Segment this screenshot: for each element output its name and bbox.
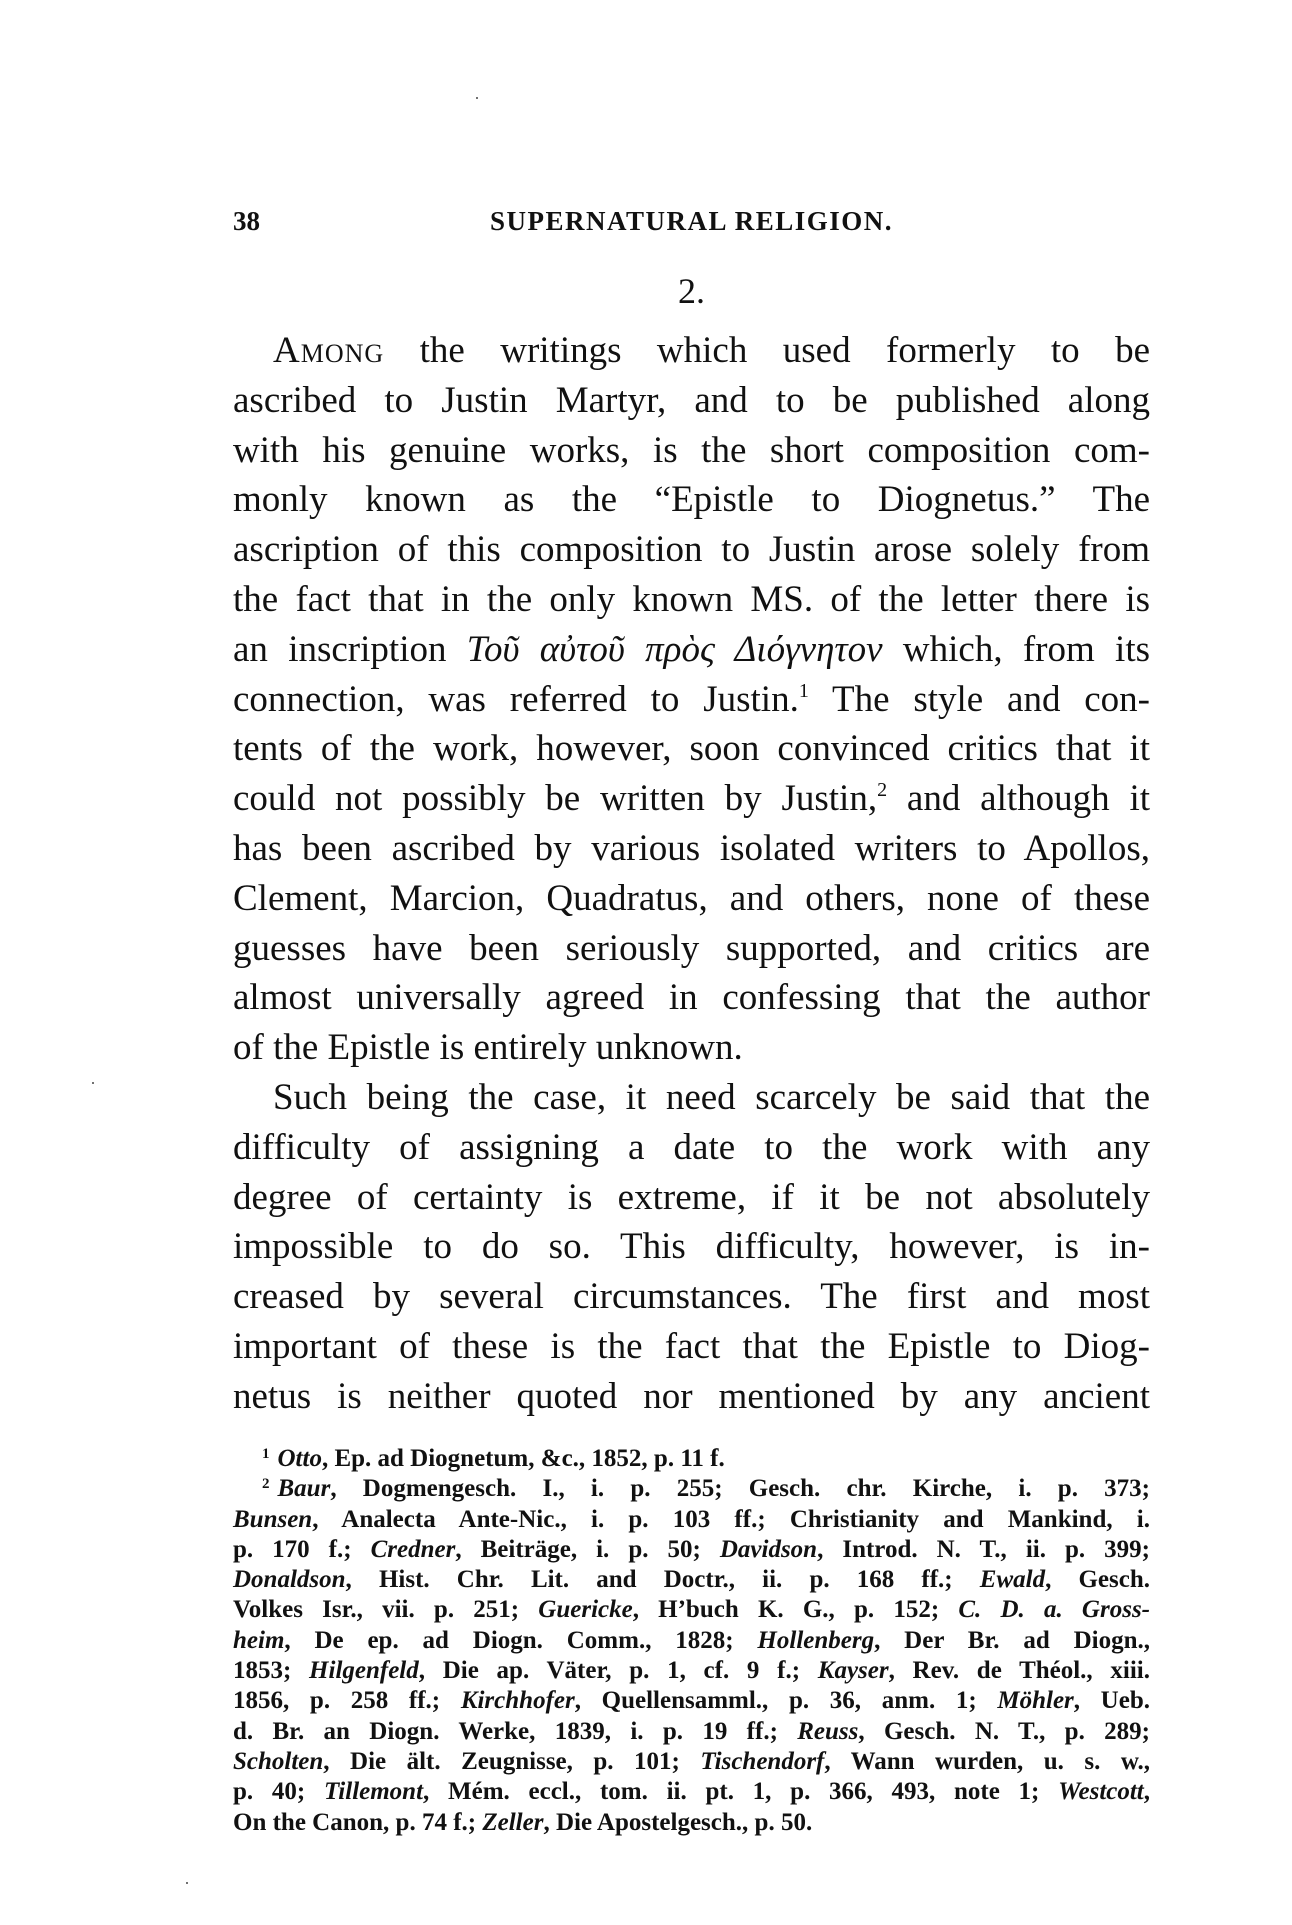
paragraph-2-line: degree of certainty is extreme, if it be…: [233, 1173, 1150, 1223]
citation-text: , Hist. Chr. Lit. and Doctr., ii. p. 168…: [346, 1566, 980, 1593]
paragraph-1-line: almost universally agreed in confessing …: [233, 973, 1150, 1023]
footnote-1-line: 1Otto, Ep. ad Diognetum, &c., 1852, p. 1…: [233, 1444, 1150, 1474]
citation-text: , Gesch.: [1045, 1566, 1150, 1593]
citation-text: ,: [1144, 1778, 1150, 1805]
cited-author: Zeller: [482, 1809, 543, 1836]
cited-author: Scholten: [233, 1748, 323, 1775]
cited-author: Guericke: [538, 1596, 632, 1623]
footnote-2-line: Donaldson, Hist. Chr. Lit. and Doctr., i…: [233, 1565, 1150, 1595]
cited-author: Westcott: [1058, 1778, 1144, 1805]
paragraph-1-line: with his genuine works, is the short com…: [233, 426, 1150, 476]
cited-author: Baur: [278, 1475, 331, 1502]
scan-speck: [92, 1082, 94, 1084]
scan-speck: [476, 97, 478, 99]
greek-inscription: Toῦ αὐτοῦ πρὸς Διόγνητον: [467, 629, 883, 670]
footnote-2-line: d. Br. an Diogn. Werke, 1839, i. p. 19 f…: [233, 1717, 1150, 1747]
citation-text: , Gesch. N. T., p. 289;: [858, 1718, 1150, 1745]
scan-speck: [186, 1882, 188, 1884]
paragraph-1-line: of the Epistle is entirely unknown.: [233, 1023, 1150, 1073]
cited-author: Kayser: [818, 1657, 889, 1684]
footnote-2-line: heim, De ep. ad Diogn. Comm., 1828; Holl…: [233, 1626, 1150, 1656]
paragraph-2-line: netus is neither quoted nor mentioned by…: [233, 1372, 1150, 1422]
cited-author: Tillemont: [324, 1778, 423, 1805]
footnote-2-line: 1853; Hilgenfeld, Die ap. Väter, p. 1, c…: [233, 1656, 1150, 1686]
citation-text: 1853;: [233, 1657, 309, 1684]
cited-author: heim: [233, 1627, 284, 1654]
citation-text: p. 40;: [233, 1778, 324, 1805]
citation-text: , Der Br. ad Diogn.,: [874, 1627, 1150, 1654]
citation-text: , Die ält. Zeugnisse, p. 101;: [323, 1748, 700, 1775]
cited-author: Bunsen: [233, 1506, 312, 1533]
citation-text: p. 170 f.;: [233, 1536, 371, 1563]
section-number: 2.: [233, 270, 1150, 312]
lead-smallcaps-word: Among: [273, 330, 384, 371]
body-text: Among the writings which used formerly t…: [233, 326, 1150, 1422]
footnotes: 1Otto, Ep. ad Diognetum, &c., 1852, p. 1…: [233, 1444, 1150, 1838]
paragraph-2-line: difficulty of assigning a date to the wo…: [233, 1123, 1150, 1173]
paragraph-1-line: tents of the work, however, soon convinc…: [233, 724, 1150, 774]
running-title: SUPERNATURAL RELIGION.: [233, 206, 1150, 237]
footnote-ref-2[interactable]: 2: [877, 779, 887, 801]
footnote-2-line: On the Canon, p. 74 f.; Zeller, Die Apos…: [233, 1808, 1150, 1838]
paragraph-1-line: Clement, Marcion, Quadratus, and others,…: [233, 874, 1150, 924]
paragraph-1-line: Among the writings which used formerly t…: [233, 326, 1150, 376]
cited-author: Tischendorf: [700, 1748, 824, 1775]
cited-author: Otto: [278, 1445, 322, 1472]
citation-text: , Beiträge, i. p. 50;: [455, 1536, 720, 1563]
citation-text: , Quellensamml., p. 36, anm. 1;: [575, 1687, 998, 1714]
footnote-2-line: p. 40; Tillemont, Mém. eccl., tom. ii. p…: [233, 1777, 1150, 1807]
cited-author: Möhler: [997, 1687, 1073, 1714]
paragraph-2-line: important of these is the fact that the …: [233, 1322, 1150, 1372]
paragraph-1-line: the fact that in the only known MS. of t…: [233, 575, 1150, 625]
citation-text: , H’buch K. G., p. 152;: [633, 1596, 959, 1623]
footnote-2-line: 2Baur, Dogmengesch. I., i. p. 255; Gesch…: [233, 1474, 1150, 1504]
cited-author: Donaldson: [233, 1566, 346, 1593]
cited-author: Hilgenfeld: [309, 1657, 419, 1684]
paragraph-1-line: monly known as the “Epistle to Diognetus…: [233, 475, 1150, 525]
paragraph-1-line: ascription of this composition to Justin…: [233, 525, 1150, 575]
cited-author: Kirchhofer: [461, 1687, 575, 1714]
running-header: 38 SUPERNATURAL RELIGION.: [233, 206, 1150, 246]
footnote-2-line: Scholten, Die ält. Zeugnisse, p. 101; Ti…: [233, 1747, 1150, 1777]
cited-author: C. D. a. Gross-: [958, 1596, 1150, 1623]
citation-text: , Mém. eccl., tom. ii. pt. 1, p. 366, 49…: [423, 1778, 1058, 1805]
cited-author: Reuss: [797, 1718, 858, 1745]
cited-author: Davidson: [720, 1536, 817, 1563]
paragraph-2-line: creased by several circumstances. The fi…: [233, 1272, 1150, 1322]
paragraph-1-line: connection, was referred to Justin.1 The…: [233, 675, 1150, 725]
book-page: 38 SUPERNATURAL RELIGION. 2. Among the w…: [0, 0, 1292, 1925]
footnote-marker: 2: [262, 1476, 270, 1492]
citation-text: , Wann wurden, u. s. w.,: [824, 1748, 1150, 1775]
citation-text: , Ueb.: [1074, 1687, 1150, 1714]
paragraph-2-line: impossible to do so. This difficulty, ho…: [233, 1222, 1150, 1272]
citation-text: , Die ap. Väter, p. 1, cf. 9 f.;: [419, 1657, 818, 1684]
footnote-2-line: p. 170 f.; Credner, Beiträge, i. p. 50; …: [233, 1535, 1150, 1565]
citation-text: , Dogmengesch. I., i. p. 255; Gesch. chr…: [330, 1475, 1150, 1502]
paragraph-2-line: Such being the case, it need scarcely be…: [233, 1073, 1150, 1123]
citation-text: , Die Apostelgesch., p. 50.: [543, 1809, 812, 1836]
citation-text: , Introd. N. T., ii. p. 399;: [817, 1536, 1150, 1563]
paragraph-1-line: has been ascribed by various isolated wr…: [233, 824, 1150, 874]
citation-text: Volkes Isr., vii. p. 251;: [233, 1596, 538, 1623]
paragraph-1-line: ascribed to Justin Martyr, and to be pub…: [233, 376, 1150, 426]
footnote-2-line: 1856, p. 258 ff.; Kirchhofer, Quellensam…: [233, 1686, 1150, 1716]
citation-text: , De ep. ad Diogn. Comm., 1828;: [284, 1627, 757, 1654]
footnote-ref-1[interactable]: 1: [799, 680, 809, 702]
footnote-2-line: Volkes Isr., vii. p. 251; Guericke, H’bu…: [233, 1595, 1150, 1625]
citation-text: , Ep. ad Diognetum, &c., 1852, p. 11 f.: [322, 1445, 725, 1472]
citation-text: 1856, p. 258 ff.;: [233, 1687, 461, 1714]
citation-text: d. Br. an Diogn. Werke, 1839, i. p. 19 f…: [233, 1718, 797, 1745]
citation-text: , Rev. de Théol., xiii.: [889, 1657, 1150, 1684]
cited-author: Ewald: [980, 1566, 1045, 1593]
citation-text: On the Canon, p. 74 f.;: [233, 1809, 482, 1836]
footnote-2-line: Bunsen, Analecta Ante-Nic., i. p. 103 ff…: [233, 1505, 1150, 1535]
cited-author: Credner: [371, 1536, 456, 1563]
citation-text: , Analecta Ante-Nic., i. p. 103 ff.; Chr…: [312, 1506, 1150, 1533]
paragraph-1-line: an inscription Toῦ αὐτοῦ πρὸς Διόγνητον …: [233, 625, 1150, 675]
footnote-marker: 1: [262, 1446, 270, 1462]
paragraph-1-line: could not possibly be written by Justin,…: [233, 774, 1150, 824]
paragraph-1-line: guesses have been seriously supported, a…: [233, 924, 1150, 974]
cited-author: Hollenberg: [757, 1627, 874, 1654]
